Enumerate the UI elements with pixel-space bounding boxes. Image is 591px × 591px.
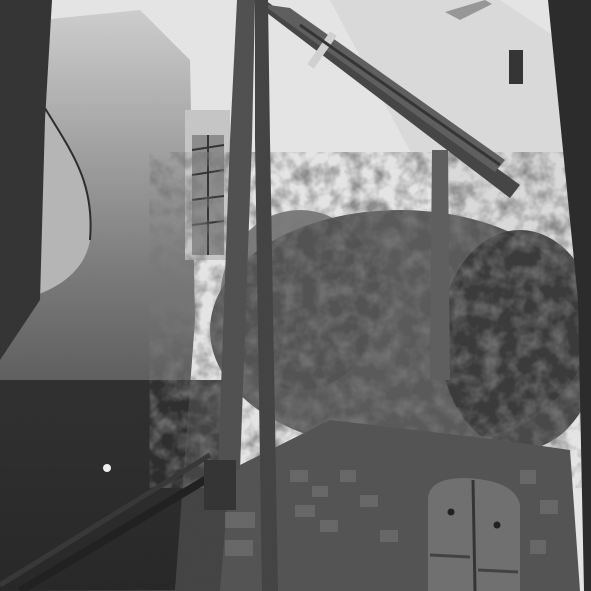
photo-canvas xyxy=(0,0,591,591)
photograph: Black-and-white photograph looking up at… xyxy=(0,0,591,591)
